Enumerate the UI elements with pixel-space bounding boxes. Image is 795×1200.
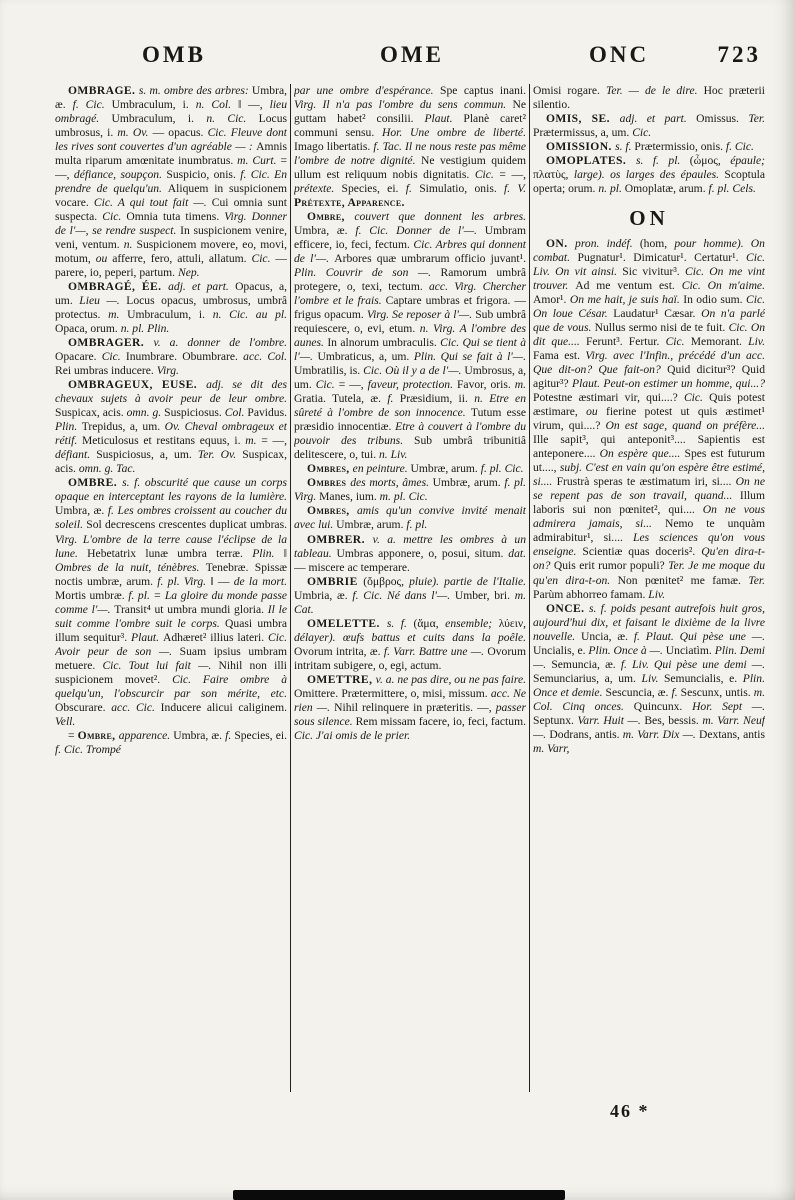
dictionary-entry: Omisi rogare. Ter. — de le dire. Hoc præ… (533, 84, 765, 112)
entry-text-segment: Non pœnitet² me famæ. (618, 574, 749, 587)
entry-text-segment: OMBRIE (307, 575, 363, 588)
entry-text-segment: f. pl. Virg. (157, 575, 210, 588)
entry-text-segment: On espère que.... (600, 447, 685, 460)
entry-text-segment: Umbras apponere, o, posui, situm. (337, 547, 509, 560)
entry-text-segment: n. pl. (598, 182, 624, 195)
entry-text-segment: Plin. Qui se fait à l'—. (414, 350, 526, 363)
entry-text-segment: Ter. — de le dire. (606, 84, 704, 97)
entry-text-segment: Uncia, æ. (581, 630, 634, 643)
entry-text-segment: Parùm abhorreo famam. (533, 588, 648, 601)
entry-text-segment: Ombres de la nuit, ténèbres. (55, 561, 206, 574)
entry-text-segment: adj. et part. (168, 280, 235, 293)
entry-text-segment: Omisi rogare. (533, 84, 606, 97)
signature-mark: 46 * (610, 1101, 650, 1122)
entry-text-segment: omn. g. (127, 406, 165, 419)
dictionary-entry: OMBRE. s. f. obscurité que cause un corp… (55, 476, 287, 728)
entry-text-segment: Umbraculum, i. (111, 112, 206, 125)
entry-text-segment: Adhæret² illius lateri. (163, 631, 268, 644)
entry-text-segment: Ovorum intrita, æ. (294, 645, 384, 658)
dictionary-entry: OMBRIE (ὄμβρος, pluie). partie de l'Ital… (294, 575, 526, 617)
entry-text-segment: Rem missam facere, io, feci, factum. (356, 715, 526, 728)
entry-text-segment: Plaut. (424, 112, 463, 125)
entry-text-segment: Frustrà speras te æstimatum iri, si.... (557, 475, 736, 488)
entry-text-segment: Plaut. Peut-on estimer un homme, qui...? (572, 377, 765, 390)
entry-text-segment: faveur, protection. (368, 378, 457, 391)
entry-text-segment: Sol decrescens crescentes duplicat umbra… (86, 518, 287, 531)
dictionary-entry: Ombres, en peinture. Umbræ, arum. f. pl.… (294, 462, 526, 476)
column-divider (529, 84, 530, 1092)
running-title-right-group: ONC 723 (531, 42, 769, 68)
entry-text-segment: n. Liv. (379, 448, 407, 461)
entry-text-segment: f. Cic. Trompé (55, 743, 121, 756)
entry-text-segment: s. f. pl. (636, 154, 690, 167)
entry-text-segment: pluie). partie de l'Italie. (409, 575, 526, 588)
entry-text-segment: Varr. Huit —. (578, 714, 645, 727)
entry-text-segment: f. Plaut. Qui pèse une —. (634, 630, 765, 643)
entry-text-segment: défiance, soupçon. (74, 168, 167, 181)
entry-text-segment: Fama est. (533, 349, 585, 362)
entry-text-segment: Cic. (102, 210, 126, 223)
entry-text-segment: (ὦμος, (690, 154, 730, 167)
entry-text-segment: de la mort. (234, 575, 287, 588)
entry-text-segment: m. Curt. (237, 154, 280, 167)
entry-text-segment: In odio sum. (683, 293, 746, 306)
entry-text-segment: m. (515, 378, 526, 391)
entry-text-segment: Ombres, (307, 504, 357, 517)
entry-text-segment: Cic. (666, 335, 691, 348)
dictionary-entry: ONCE. s. f. poids pesant autrefois huit … (533, 602, 765, 756)
entry-text-segment: Amor¹. (533, 293, 570, 306)
entry-text-segment: Col. (225, 406, 248, 419)
entry-text-segment: Bes, bessis. (644, 714, 702, 727)
entry-text-segment: Plaut. (131, 631, 163, 644)
entry-text-segment: n. Cic. au pl. (213, 308, 287, 321)
entry-text-segment: Pavidus. (247, 406, 287, 419)
entry-text-segment: f. Cic. (73, 98, 112, 111)
entry-text-segment: prétexte. (294, 182, 342, 195)
entry-text-segment: ‖ —, (238, 98, 270, 111)
entry-text-segment: Suspicax, acis. (55, 406, 127, 419)
entry-text-segment: Cic. (632, 126, 651, 139)
entry-text-segment: OMBRAGER. (68, 336, 153, 349)
entry-text-segment: couvert que donnent les arbres. (354, 210, 526, 223)
dictionary-entry: ON. pron. indéf. (hom, pour homme). On c… (533, 237, 765, 601)
entry-text-segment: Sescuncia, æ. (606, 686, 672, 699)
entry-text-segment: = (68, 729, 78, 742)
entry-text-segment: Liv. (642, 672, 664, 685)
entry-text-segment: s. f. (615, 140, 634, 153)
entry-text-segment: Suspiciosus. (164, 406, 225, 419)
entry-text-segment: m. (245, 434, 261, 447)
dictionary-entry: OMELETTE. s. f. (ἅμα, ensemble; λύειν, d… (294, 617, 526, 673)
entry-text-segment: = —, (499, 168, 526, 181)
entry-text-segment: Hebetatrix lunæ umbra terræ. (87, 547, 252, 560)
entry-text-segment: acc. Col. (243, 350, 287, 363)
entry-text-segment: Umbraculum, i. (127, 308, 213, 321)
entry-text-segment: Ter. Ov. (198, 448, 242, 461)
entry-text-segment: Ombres (307, 476, 350, 489)
entry-text-segment: f. Cic. (726, 140, 754, 153)
entry-text-segment: = —, (339, 378, 368, 391)
entry-text-segment: Hor. Une ombre de liberté. (382, 126, 526, 139)
entry-text-segment: OMISSION. (546, 140, 615, 153)
page-header: OMB OME ONC 723 (55, 42, 771, 68)
entry-text-segment: Lieu —. (79, 294, 126, 307)
entry-text-segment: Manes, ium. (319, 490, 380, 503)
entry-text-segment: Ter. (748, 574, 765, 587)
entry-text-segment: Liv. (648, 588, 665, 601)
entry-text-segment: On est sage, quand on préfère... (606, 419, 765, 432)
page-number: 723 (718, 42, 762, 68)
entry-text-segment: Species, ei. (342, 182, 406, 195)
entry-text-segment: Umber, bri. (455, 589, 515, 602)
entry-text-segment: Gratia. Tutela, æ. (294, 392, 387, 405)
section-heading: ON (533, 206, 765, 231)
entry-text-segment: ‖ — (210, 575, 233, 588)
entry-text-segment: f. Cic. Né dans l'—. (352, 589, 454, 602)
entry-text-segment: s. f. (387, 617, 414, 630)
entry-text-segment: In alnorum umbraculis. (327, 336, 440, 349)
entry-text-segment: Cic. (251, 252, 275, 265)
entry-text-segment: des morts, âmes. (350, 476, 432, 489)
dictionary-entry: OMOPLATES. s. f. pl. (ὦμος, épaule; πλατ… (533, 154, 765, 196)
entry-text-segment: Opacare. (55, 350, 102, 363)
entry-text-segment: Prætermissio, onis. (634, 140, 725, 153)
entry-text-segment: Quincunx. (634, 700, 692, 713)
entry-text-segment: Scientiæ quas doceris². (582, 545, 701, 558)
dictionary-page: OMB OME ONC 723 OMBRAGE. s. m. ombre des… (0, 0, 795, 1200)
entry-text-segment: Omissus. (696, 112, 748, 125)
entry-text-segment: Cic. Où il y a de l'—. (363, 364, 464, 377)
entry-text-segment: f. Liv. Qui pèse une demi —. (621, 658, 765, 671)
entry-text-segment: Plin. (55, 420, 82, 433)
entry-text-segment: défiant. (55, 448, 96, 461)
entry-text-segment: Opaca, orum. (55, 322, 121, 335)
entry-text-segment: Vell. (55, 715, 75, 728)
entry-text-segment: en peinture. (353, 462, 411, 475)
entry-text-segment: πλατὺς, (533, 168, 574, 181)
entry-text-segment: n. Cic. (206, 112, 258, 125)
dictionary-entry: OMBRAGÉ, ÉE. adj. et part. Opacus, a, um… (55, 280, 287, 336)
entry-text-segment: Umbræ, arum. (336, 518, 406, 531)
dictionary-entry: OMBRAGE. s. m. ombre des arbres: Umbra, … (55, 84, 287, 280)
entry-text-segment: OMBRER. (307, 533, 373, 546)
entry-text-segment: omn. g. Tac. (79, 462, 136, 475)
entry-text-segment: v. a. ne pas dire, ou ne pas faire. (376, 673, 526, 686)
entry-text-segment: apparence. (119, 729, 173, 742)
entry-text-segment: Umbria, æ. (294, 589, 352, 602)
entry-text-segment: Plin. Once à —. (588, 644, 665, 657)
entry-text-segment: Memorant. (691, 335, 748, 348)
entry-text-segment: afferre, fero, attuli, allatum. (112, 252, 251, 265)
entry-text-segment: Hor. Sept —. (692, 700, 765, 713)
entry-text-segment: Cic. Tout lui fait —. (102, 659, 218, 672)
dictionary-entry: OMBRAGER. v. a. donner de l'ombre. Opaca… (55, 336, 287, 378)
entry-text-segment: Nep. (178, 266, 200, 279)
entry-text-segment: Laudatur¹ Cæsar. (613, 307, 701, 320)
entry-text-segment: f. pl. Cic. (481, 462, 524, 475)
entry-text-segment: Cic. (316, 378, 339, 391)
entry-text-segment: Umbraticus, a, um. (317, 350, 413, 363)
entry-text-segment: f. (671, 686, 680, 699)
entry-text-segment: Suspiciosus, a, um. (96, 448, 198, 461)
entry-text-segment: Rei umbras inducere. (55, 364, 157, 377)
dictionary-entry: OMIS, SE. adj. et part. Omissus. Ter. Pr… (533, 112, 765, 140)
entry-text-segment: dat. (508, 547, 526, 560)
entry-text-segment: Cic. (102, 350, 126, 363)
entry-text-segment: n. Col. (196, 98, 238, 111)
entry-text-segment: pron. indéf. (575, 237, 640, 250)
entry-text-segment: Plin. Couvrir de son —. (294, 266, 441, 279)
entry-text-segment: ensemble; (445, 617, 499, 630)
entry-text-segment: Inducere alicui caliginem. (161, 701, 287, 714)
entry-text-segment: Unciatìm. (666, 644, 715, 657)
column-1: OMBRAGE. s. m. ombre des arbres: Umbra, … (55, 84, 287, 1104)
entry-text-segment: acc. Cic. (111, 701, 160, 714)
entry-text-segment: OMBRAGE. (68, 84, 139, 97)
entry-text-segment: Ter. (748, 112, 765, 125)
entry-text-segment: Omittere. Prætermittere, o, misi, missum… (294, 687, 491, 700)
text-columns: OMBRAGE. s. m. ombre des arbres: Umbra, … (55, 84, 771, 1104)
entry-text-segment: Ombres, (307, 462, 353, 475)
dictionary-entry: par une ombre d'espérance. Spe captus in… (294, 84, 526, 210)
entry-text-segment: Transit⁴ ut umbra mundi gloria. (114, 603, 268, 616)
entry-text-segment: m. Varr, (533, 742, 569, 755)
entry-text-segment: f. V. (504, 182, 526, 195)
entry-text-segment: s. m. ombre des arbres: (139, 84, 252, 97)
entry-text-segment: ‖ (284, 547, 287, 560)
entry-text-segment: Præsidium, ii. (400, 392, 474, 405)
entry-text-segment: m. (108, 308, 127, 321)
entry-text-segment: m. Varr. Dix —. (623, 728, 699, 741)
entry-text-segment: Umbræ, arum. (433, 476, 505, 489)
entry-text-segment: Liv. (748, 335, 765, 348)
entry-text-segment: OMBRAGEUX, EUSE. (68, 378, 206, 391)
entry-text-segment: On me hait, je suis haï. (570, 293, 683, 306)
entry-text-segment: Semunciarius, a, um. (533, 672, 642, 685)
running-title-center: OME (293, 42, 531, 68)
entry-text-segment: Septunx. (533, 714, 578, 727)
entry-text-segment: Umbratilis, is. (294, 364, 363, 377)
entry-text-segment: Trepidus, a, um. (82, 420, 165, 433)
entry-text-segment: OMBRE. (68, 476, 122, 489)
entry-text-segment: Virg. Il n'a pas l'ombre du sens commun. (294, 98, 512, 111)
entry-text-segment: ONCE. (546, 602, 589, 615)
entry-text-segment: OMOPLATES. (546, 154, 636, 167)
entry-text-segment: OMETTRE, (307, 673, 376, 686)
entry-text-segment: Virg. (157, 364, 179, 377)
entry-text-segment: n. pl. Plin. (121, 322, 170, 335)
column-2: par une ombre d'espérance. Spe captus in… (294, 84, 526, 1104)
entry-text-segment: Umbræ, arum. (411, 462, 481, 475)
running-title-left: OMB (55, 42, 293, 68)
entry-text-segment: Potestne æstimari vir, qui....? (533, 391, 684, 404)
entry-text-segment: Plin. (252, 547, 284, 560)
entry-text-segment: Omnia tuta timens. (126, 210, 224, 223)
entry-text-segment: Ombre, (307, 210, 354, 223)
entry-text-segment: Dodrans, antis. (549, 728, 622, 741)
entry-text-segment: Inumbrare. Obumbrare. (126, 350, 243, 363)
entry-text-segment: Nullus sermo nisi de te fuit. (595, 321, 729, 334)
entry-text-segment: OMELETTE. (307, 617, 387, 630)
dictionary-entry: OMBRAGEUX, EUSE. adj. se dit des chevaux… (55, 378, 287, 476)
entry-text-segment: Cic. On m'aime. (682, 279, 765, 292)
entry-text-segment: adj. et part. (620, 112, 696, 125)
entry-text-segment: (hom, (640, 237, 675, 250)
scan-artifact-bar (233, 1190, 565, 1200)
entry-text-segment: v. a. donner de l'ombre. (153, 336, 287, 349)
entry-text-segment: Suspicio, onis. (166, 168, 240, 181)
entry-text-segment: f. (225, 729, 234, 742)
dictionary-entry: Ombres des morts, âmes. Umbræ, arum. f. … (294, 476, 526, 504)
entry-text-segment: Sic vivitur³. (622, 265, 685, 278)
entry-text-segment: Species, ei. (234, 729, 287, 742)
entry-text-segment: Meticulosus et restitans equus, i. (82, 434, 245, 447)
dictionary-entry: OMBRER. v. a. mettre les ombres à un tab… (294, 533, 526, 575)
entry-text-segment: n. (124, 238, 137, 251)
entry-text-segment: Umbra, æ. (294, 224, 355, 237)
entry-text-segment: Pugnatur¹. Dimicatur¹. Certatur¹. (578, 251, 746, 264)
entry-text-segment: ou (586, 405, 606, 418)
entry-text-segment: (ὄμβρος, (363, 575, 409, 588)
entry-text-segment: Uncialis, e. (533, 644, 588, 657)
entry-text-segment: Umbra, æ. (173, 729, 225, 742)
entry-text-segment: Favor, oris. (457, 378, 515, 391)
entry-text-segment: Nihil relinquere in præteritis. —, (334, 701, 496, 714)
dictionary-entry: Ombre, couvert que donnent les arbres. U… (294, 210, 526, 462)
entry-text-segment: f. pl. (406, 518, 427, 531)
entry-text-segment: large). os larges des épaules. (574, 168, 725, 181)
column-divider (290, 84, 291, 1092)
entry-text-segment: Umbraculum, i. (112, 98, 196, 111)
entry-text-segment: délayer). œufs battus et cuits dans la p… (294, 631, 526, 644)
entry-text-segment: Prétexte, Apparence. (294, 196, 405, 209)
entry-text-segment: Cic. (475, 168, 500, 181)
entry-text-segment: f. Varr. Battre une —. (384, 645, 488, 658)
entry-text-segment: Ombre, (78, 729, 119, 742)
column-3: Omisi rogare. Ter. — de le dire. Hoc præ… (533, 84, 765, 1104)
entry-text-segment: Ferunt³. Fertur. (586, 335, 666, 348)
entry-text-segment: ON. (546, 237, 575, 250)
dictionary-entry: = Ombre, apparence. Umbra, æ. f. Species… (55, 729, 287, 757)
entry-text-segment: — opacus. (153, 126, 208, 139)
dictionary-entry: OMISSION. s. f. Prætermissio, onis. f. C… (533, 140, 765, 154)
entry-text-segment: Obscurare. (55, 701, 111, 714)
entry-text-segment: Arbores quæ umbrarum officio juvant¹. (334, 252, 526, 265)
entry-text-segment: Semuncialis, e. (664, 672, 743, 685)
dictionary-entry: Ombres, amis qu'un convive invité menait… (294, 504, 526, 532)
entry-text-segment: = —, (261, 434, 287, 447)
entry-text-segment: Omoplatæ, arum. (625, 182, 709, 195)
entry-text-segment: Cic. (684, 391, 709, 404)
entry-text-segment: OMBRAGÉ, ÉE. (68, 280, 168, 293)
entry-text-segment: m. pl. Cic. (380, 490, 428, 503)
entry-text-segment: Ad me ventum est. (575, 279, 682, 292)
entry-text-segment: Dextans, antis (699, 728, 765, 741)
entry-text-segment: Umbra, æ. (55, 504, 108, 517)
dictionary-entry: OMETTRE, v. a. ne pas dire, ou ne pas fa… (294, 673, 526, 743)
running-title-right: ONC (589, 42, 649, 68)
entry-text-segment: Prætermissus, a, um. (533, 126, 632, 139)
entry-text-segment: Imago libertatis. (294, 140, 373, 153)
entry-text-segment: f. pl. Cels. (709, 182, 756, 195)
entry-text-segment: épaule; (730, 154, 765, 167)
entry-text-segment: Simulatio, onis. (419, 182, 504, 195)
entry-text-segment: (ἅμα, (413, 617, 445, 630)
entry-text-segment: Mortis umbræ. (55, 589, 128, 602)
entry-text-segment: Virg. Se reposer à l'—. (367, 308, 475, 321)
entry-text-segment: Semuncia, æ. (551, 658, 621, 671)
entry-text-segment: Sescunx, untis. (681, 686, 754, 699)
entry-text-segment: m. Ov. (117, 126, 152, 139)
entry-text-segment: f. Cic. Donner de l'—. (355, 224, 484, 237)
entry-text-segment: OMIS, SE. (546, 112, 620, 125)
entry-text-segment: par une ombre d'espérance. (294, 84, 440, 97)
entry-text-segment: λύειν, (499, 617, 526, 630)
entry-text-segment: f. (406, 182, 419, 195)
entry-text-segment: Cic. J'ai omis de le prier. (294, 729, 410, 742)
entry-text-segment: Spe captus inani. (440, 84, 526, 97)
entry-text-segment: ou (96, 252, 113, 265)
entry-text-segment: f. (387, 392, 399, 405)
entry-text-segment: — miscere ac temperare. (294, 561, 410, 574)
entry-text-segment: Cic. A qui tout fait —. (94, 196, 212, 209)
entry-text-segment: Quis erit rumor populi? (554, 559, 668, 572)
